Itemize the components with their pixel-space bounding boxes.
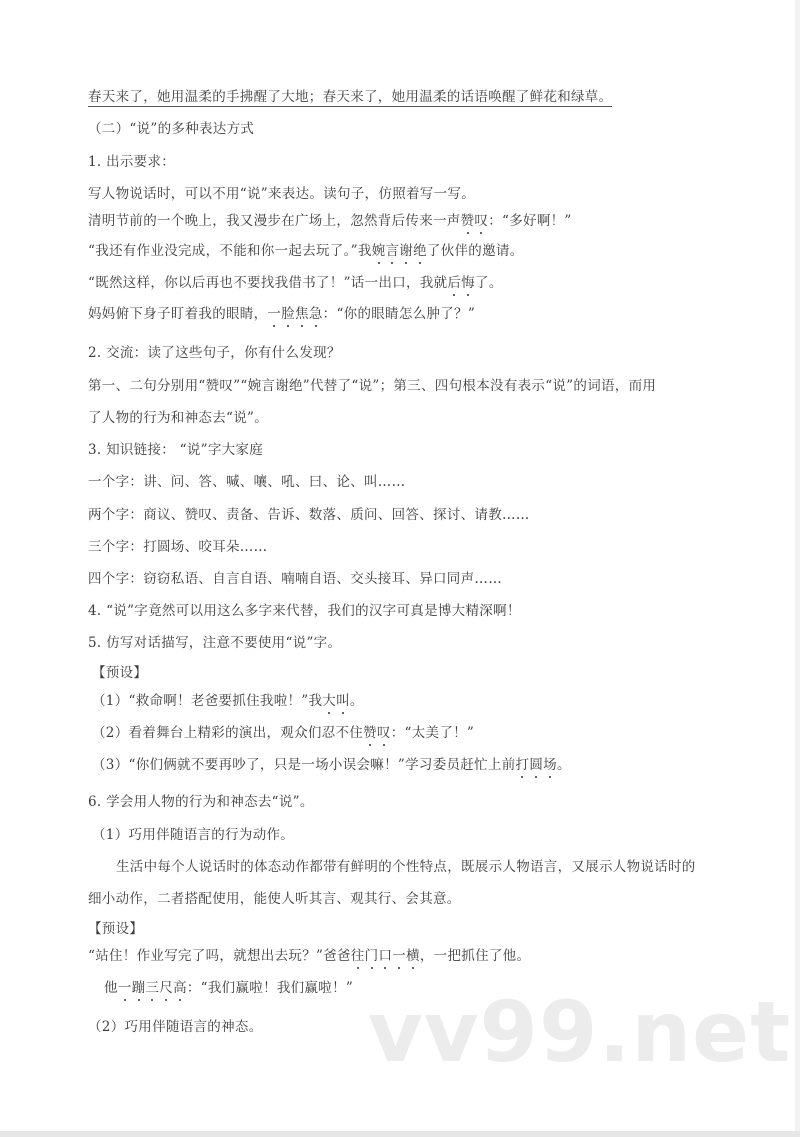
section-heading: （二）“说”的多种表达方式 bbox=[88, 120, 254, 138]
sub-heading: （1）巧用伴随语言的行为动作。 bbox=[92, 826, 294, 844]
dotted-char: 一 bbox=[118, 980, 132, 996]
word-list: 三个字：打圆场、咬耳朵…… bbox=[88, 538, 267, 556]
dotted-char: 口 bbox=[378, 948, 392, 964]
example-sentence: （2）看着舞台上精彩的演出，观众们忍不住赞叹：“太美了！” bbox=[92, 724, 474, 742]
dotted-char: 一 bbox=[392, 948, 406, 964]
dotted-char: 绝 bbox=[413, 243, 427, 259]
text-span: “站住！作业写完了吗，就想出去玩？”爸爸 bbox=[88, 948, 351, 964]
text-line: 写人物说话时，可以不用“说”来表达。读句子，仿照着写一写。 bbox=[88, 185, 475, 203]
text-span: “我还有作业没完成，不能和你一起去玩了。”我 bbox=[88, 243, 372, 259]
dotted-char: 脸 bbox=[281, 306, 295, 322]
paragraph-line: 细小动作，二者搭配使用，能使人听其言、观其行、会其意。 bbox=[88, 890, 461, 908]
example-sentence: （3）“你们俩就不要再吵了，只是一场小误会嘛！”学习委员赶忙上前打圆场。 bbox=[92, 756, 571, 774]
dotted-char: 高 bbox=[173, 980, 187, 996]
dotted-char: 悔 bbox=[461, 275, 475, 291]
emphasized-phrase: 一脸焦急 bbox=[267, 306, 322, 322]
list-item-heading: 2. 交流：读了这些句子，你有什么发现？ bbox=[88, 344, 341, 362]
emphasized-phrase: 打圆场 bbox=[516, 757, 557, 773]
emphasized-phrase: 一蹦三尺高 bbox=[118, 980, 187, 996]
dotted-char: 门 bbox=[365, 948, 379, 964]
dotted-char: 叹 bbox=[474, 213, 488, 229]
dotted-char: 赞 bbox=[461, 213, 475, 229]
emphasized-phrase: 后悔 bbox=[447, 275, 475, 291]
emphasized-phrase: 赞叹 bbox=[461, 213, 489, 229]
text-span: ：“你的眼睛怎么肿了？” bbox=[323, 306, 475, 322]
text-span: 妈妈俯下身子盯着我的眼睛， bbox=[88, 306, 267, 322]
dotted-char: 后 bbox=[447, 275, 461, 291]
list-item-heading: 6. 学会用人物的行为和神态去“说”。 bbox=[88, 793, 314, 811]
dotted-char: 打 bbox=[516, 757, 530, 773]
text-span: ：“多好啊！” bbox=[488, 213, 571, 229]
list-item-heading: 4. “说”字竟然可以用这么多字来代替，我们的汉字可真是博大精深啊！ bbox=[88, 602, 521, 620]
dotted-char: 谢 bbox=[399, 243, 413, 259]
example-sentence: 妈妈俯下身子盯着我的眼睛，一脸焦急：“你的眼睛怎么肿了？” bbox=[88, 305, 475, 323]
text-span: ：“我们赢啦！我们赢啦！” bbox=[187, 980, 353, 996]
list-item-heading: 3. 知识链接： “说”字大家庭 bbox=[88, 441, 263, 459]
emphasized-phrase: 往门口一横 bbox=[351, 948, 420, 964]
dotted-char: 赞 bbox=[363, 725, 377, 741]
example-sentence: 他一蹦三尺高：“我们赢啦！我们赢啦！” bbox=[104, 979, 353, 997]
dotted-char: 言 bbox=[385, 243, 399, 259]
text-span: （3）“你们俩就不要再吵了，只是一场小误会嘛！”学习委员赶忙上前 bbox=[92, 757, 516, 773]
word-list: 两个字：商议、赞叹、责备、告诉、数落、质问、回答、探讨、请教…… bbox=[88, 506, 530, 524]
emphasized-phrase: 大叫 bbox=[322, 693, 350, 709]
text-line: 春天来了，她用温柔的手拂醒了大地；春天来了，她用温柔的话语唤醒了鲜花和绿草。 bbox=[88, 88, 612, 106]
text-span: 。 bbox=[557, 757, 571, 773]
example-sentence: （1）“救命啊！老爸要抓住我啦！”我大叫。 bbox=[92, 692, 364, 710]
text-span: （2）看着舞台上精彩的演出，观众们忍不住 bbox=[92, 725, 363, 741]
underlined-sentence: 春天来了，她用温柔的手拂醒了大地；春天来了，她用温柔的话语唤醒了鲜花和绿草。 bbox=[88, 89, 612, 107]
text-line: 了人物的行为和神态去“说”。 bbox=[88, 409, 268, 427]
dotted-char: 婉 bbox=[372, 243, 386, 259]
list-item-heading: 1. 出示要求： bbox=[88, 153, 175, 171]
dotted-char: 一 bbox=[267, 306, 281, 322]
page-edge-shadow bbox=[0, 1131, 800, 1137]
dotted-char: 焦 bbox=[295, 306, 309, 322]
text-span: 清明节前的一个晚上，我又漫步在广场上，忽然背后传来一声 bbox=[88, 213, 461, 229]
dotted-char: 叹 bbox=[377, 725, 391, 741]
preset-label: 【预设】 bbox=[92, 664, 147, 682]
text-line: 第一、二句分别用“赞叹”“婉言谢绝”代替了“说”；第三、四句根本没有表示“说”的… bbox=[88, 377, 656, 395]
dotted-char: 横 bbox=[406, 948, 420, 964]
emphasized-phrase: 赞叹 bbox=[363, 725, 391, 741]
word-list: 一个字：讲、问、答、喊、嚷、吼、曰、论、叫…… bbox=[88, 473, 405, 491]
paragraph-line: 生活中每个人说话时的体态动作都带有鲜明的个性特点，既展示人物语言，又展示人物说话… bbox=[116, 858, 696, 876]
example-sentence: 清明节前的一个晚上，我又漫步在广场上，忽然背后传来一声赞叹：“多好啊！” bbox=[88, 212, 572, 230]
text-span: （1）“救命啊！老爸要抓住我啦！”我 bbox=[92, 693, 322, 709]
text-span: 了伙伴的邀请。 bbox=[427, 243, 524, 259]
dotted-char: 三 bbox=[145, 980, 159, 996]
dotted-char: 叫 bbox=[336, 693, 350, 709]
text-span: 他 bbox=[104, 980, 118, 996]
text-span: ：“太美了！” bbox=[391, 725, 474, 741]
dotted-char: 蹦 bbox=[132, 980, 146, 996]
text-span: 了。 bbox=[475, 275, 503, 291]
example-sentence: “站住！作业写完了吗，就想出去玩？”爸爸往门口一横，一把抓住了他。 bbox=[88, 947, 530, 965]
document-page: 春天来了，她用温柔的手拂醒了大地；春天来了，她用温柔的话语唤醒了鲜花和绿草。 （… bbox=[0, 0, 795, 1132]
example-sentence: “我还有作业没完成，不能和你一起去玩了。”我婉言谢绝了伙伴的邀请。 bbox=[88, 242, 524, 260]
dotted-char: 圆 bbox=[529, 757, 543, 773]
example-sentence: “既然这样，你以后再也不要找我借书了！”话一出口，我就后悔了。 bbox=[88, 274, 503, 292]
dotted-char: 场 bbox=[543, 757, 557, 773]
dotted-char: 往 bbox=[351, 948, 365, 964]
dotted-char: 尺 bbox=[159, 980, 173, 996]
dotted-char: 急 bbox=[309, 306, 323, 322]
preset-label: 【预设】 bbox=[88, 920, 143, 938]
word-list: 四个字：窃窃私语、自言自语、喃喃自语、交头接耳、异口同声…… bbox=[88, 570, 502, 588]
page-edge-shadow bbox=[795, 0, 800, 1137]
text-span: “既然这样，你以后再也不要找我借书了！”话一出口，我就 bbox=[88, 275, 447, 291]
dotted-char: 大 bbox=[322, 693, 336, 709]
emphasized-phrase: 婉言谢绝 bbox=[372, 243, 427, 259]
sub-heading: （2）巧用伴随语言的神态。 bbox=[88, 1018, 263, 1036]
text-span: ，一把抓住了他。 bbox=[420, 948, 530, 964]
text-span: 。 bbox=[350, 693, 364, 709]
list-item-heading: 5. 仿写对话描写，注意不要使用“说”字。 bbox=[88, 634, 341, 652]
watermark: vv99.net bbox=[368, 990, 791, 1074]
